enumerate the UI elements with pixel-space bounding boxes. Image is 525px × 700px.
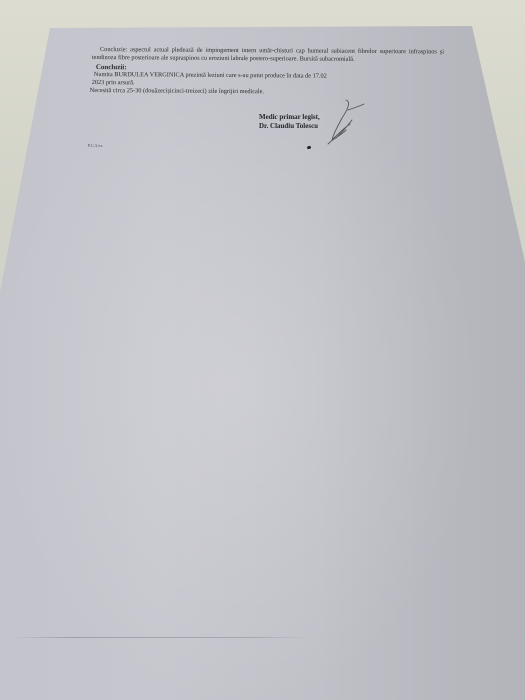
handwritten-signature-icon [316,98,366,148]
signature-title: Medic primar legist, [259,113,320,122]
document-page [0,0,525,700]
signature-name: Dr. Claudiu Tolescu [259,122,320,131]
signature-block: Medic primar legist, Dr. Claudiu Tolescu [259,113,320,131]
document-body: Concluzie: aspectul actual pledează de i… [92,46,444,97]
paper-fold-line [10,637,310,638]
copies-note: P.C./2 ex. [88,143,103,148]
conclusion-paragraph: Concluzie: aspectul actual pledează de i… [92,46,444,64]
